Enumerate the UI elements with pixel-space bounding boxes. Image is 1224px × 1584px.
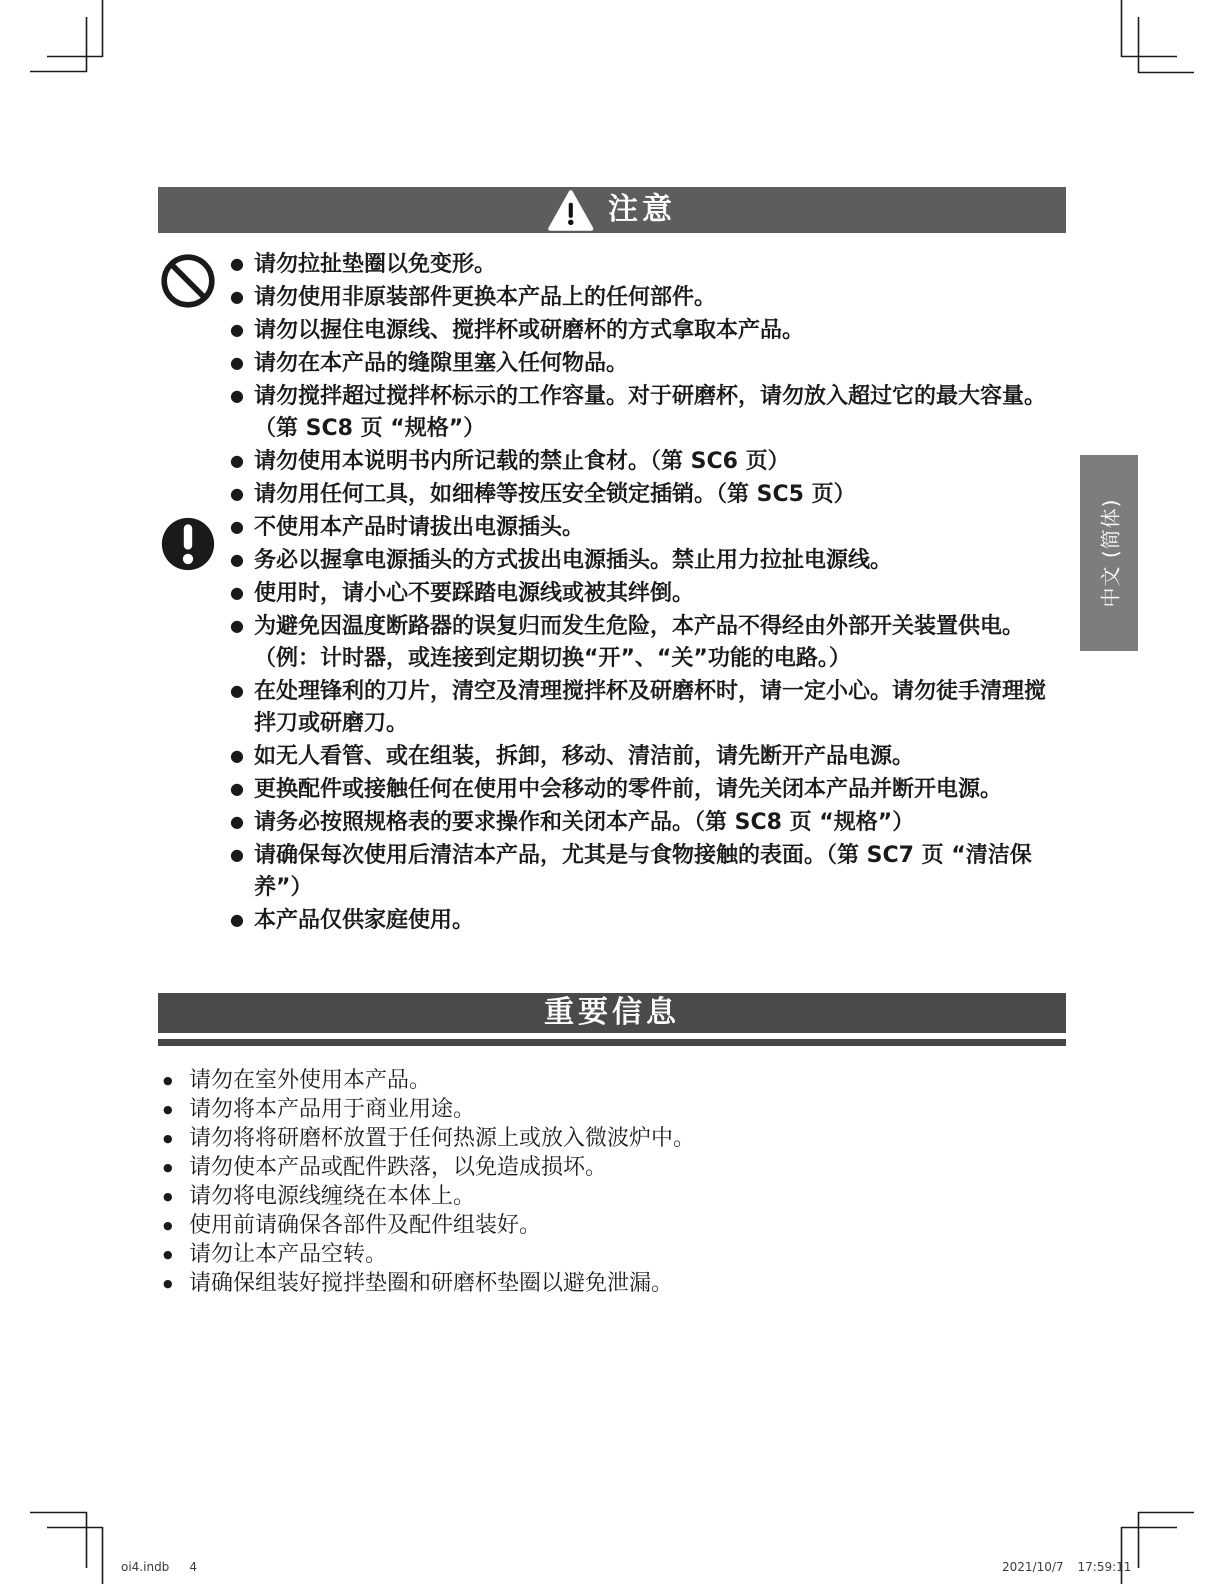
footer-page-number: 4 [189,1560,197,1574]
footer-date: 2021/10/7 [1002,1560,1064,1574]
important-header-underline [158,1039,1066,1046]
language-tab-label: 中文 (简体) [1095,499,1124,608]
important-list: 请勿在室外使用本产品。请勿将本产品用于商业用途。请勿将将研磨杯放置于任何热源上或… [163,1066,1063,1298]
caution-item: 本产品仅供家庭使用。 [230,904,1052,937]
caution-item: 为避免因温度断路器的误复归而发生危险，本产品不得经由外部开关装置供电。（例：计时… [230,610,1052,675]
prohibited-section: 请勿拉扯垫圈以免变形。请勿使用非原装部件更换本产品上的任何部件。请勿以握住电源线… [158,248,1066,511]
important-item: 使用前请确保各部件及配件组装好。 [163,1211,1063,1240]
important-item: 请勿使本产品或配件跌落，以免造成损坏。 [163,1153,1063,1182]
caution-item: 请勿在本产品的缝隙里塞入任何物品。 [230,347,1052,380]
caution-title: 注意 [608,195,676,225]
footer-timestamp: 2021/10/7 17:59:11 [1002,1560,1131,1574]
caution-item: 请确保每次使用后清洁本产品，尤其是与食物接触的表面。（第 SC7 页 “清洁保养… [230,839,1052,904]
caution-item: 务必以握拿电源插头的方式拔出电源插头。禁止用力拉扯电源线。 [230,544,1052,577]
mandatory-exclamation-icon [160,516,216,572]
mandatory-list: 不使用本产品时请拔出电源插头。务必以握拿电源插头的方式拔出电源插头。禁止用力拉扯… [230,511,1052,937]
mandatory-section: 不使用本产品时请拔出电源插头。务必以握拿电源插头的方式拔出电源插头。禁止用力拉扯… [158,511,1066,937]
caution-item: 请勿用任何工具，如细棒等按压安全锁定插销。（第 SC5 页） [230,478,1052,511]
important-item: 请勿让本产品空转。 [163,1240,1063,1269]
caution-item: 请务必按照规格表的要求操作和关闭本产品。（第 SC8 页 “规格”） [230,806,1052,839]
caution-header: 注意 [158,187,1066,233]
caution-item: 如无人看管、或在组装，拆卸，移动、清洁前，请先断开产品电源。 [230,740,1052,773]
language-tab: 中文 (简体) [1080,455,1138,651]
footer-left: oi4.indb 4 [121,1560,197,1574]
footer-time: 17:59:11 [1078,1560,1132,1574]
manual-page: 注意 请勿拉扯垫圈以免变形。请勿使用非原装部件更换本产品上的任何部件。请勿以握住… [0,0,1224,1584]
caution-item: 请勿搅拌超过搅拌杯标示的工作容量。对于研磨杯，请勿放入超过它的最大容量。（第 S… [230,380,1052,445]
caution-item: 更换配件或接触任何在使用中会移动的零件前，请先关闭本产品并断开电源。 [230,773,1052,806]
prohibited-list: 请勿拉扯垫圈以免变形。请勿使用非原装部件更换本产品上的任何部件。请勿以握住电源线… [230,248,1052,511]
caution-item: 请勿使用非原装部件更换本产品上的任何部件。 [230,281,1052,314]
caution-item: 请勿使用本说明书内所记载的禁止食材。（第 SC6 页） [230,445,1052,478]
important-item: 请勿将本产品用于商业用途。 [163,1095,1063,1124]
caution-item: 请勿拉扯垫圈以免变形。 [230,248,1052,281]
prohibition-icon [160,253,216,309]
important-item: 请确保组装好搅拌垫圈和研磨杯垫圈以避免泄漏。 [163,1269,1063,1298]
important-header: 重要信息 [158,993,1066,1033]
important-item: 请勿将电源线缠绕在本体上。 [163,1182,1063,1211]
warning-triangle-icon [548,190,594,231]
important-title: 重要信息 [544,998,680,1028]
caution-item: 不使用本产品时请拔出电源插头。 [230,511,1052,544]
footer-file-label: oi4.indb [121,1560,169,1574]
caution-item: 在处理锋利的刀片，清空及清理搅拌杯及研磨杯时，请一定小心。请勿徒手清理搅拌刀或研… [230,675,1052,740]
caution-item: 请勿以握住电源线、搅拌杯或研磨杯的方式拿取本产品。 [230,314,1052,347]
important-item: 请勿将将研磨杯放置于任何热源上或放入微波炉中。 [163,1124,1063,1153]
caution-item: 使用时，请小心不要踩踏电源线或被其绊倒。 [230,577,1052,610]
important-item: 请勿在室外使用本产品。 [163,1066,1063,1095]
